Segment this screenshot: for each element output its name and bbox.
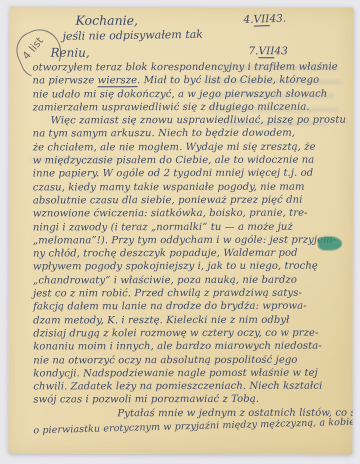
date-day: 4. [243, 14, 253, 26]
bleed-through-mark [201, 79, 341, 84]
bleed-through-mark [219, 121, 329, 126]
date-year: 43. [269, 13, 286, 26]
letter-line: czasu, kiedy mamy takie wspaniałe pogody… [33, 180, 351, 194]
date-month: VII [258, 45, 274, 58]
letter-line: fakcją dałem mu lanie na drodze do brydż… [33, 300, 351, 314]
date-month: VII [253, 13, 269, 27]
letter-line: nie na otworzyć oczy na absolutną pospol… [33, 353, 351, 367]
bleed-through-mark [49, 337, 144, 342]
opening-line: jeśli nie odpisywałem tak [62, 28, 203, 43]
bleed-through-mark [207, 107, 339, 112]
letter-line: że chciałem, ale nie mogłem. Wydaje mi s… [33, 140, 351, 154]
salutation-second: Reniu, [50, 46, 89, 60]
bleed-through-mark [214, 93, 334, 98]
letter-line: wznowione ćwiczenia: siatkówka, boisko, … [33, 207, 351, 221]
bleed-through-mark [209, 65, 337, 70]
letter-line: ningi i zawody (i teraz „normalki” tu — … [33, 220, 351, 234]
letter-line: jest co z nim robić. Przed chwilą z praw… [33, 287, 351, 301]
bleed-through-mark [29, 157, 119, 162]
date-second: 7.VII43 [248, 45, 287, 57]
letter-body: otworzyłem teraz blok korespondencyjny i… [32, 61, 351, 434]
date-first: 4.VII43. [243, 13, 286, 26]
ink-stain [318, 236, 342, 250]
letter-line: kondycji. Nadspodziewanie nagle pomost w… [33, 366, 351, 380]
letter-line: absolutnie czasu dla siebie, ponieważ pr… [33, 194, 351, 208]
letter-line: na tym samym arkuszu. Niech to będzie do… [33, 127, 351, 141]
salutation: Kochanie, [76, 13, 138, 28]
letter-line: chwili. Zadatek leży na pomieszczeniach.… [33, 380, 351, 394]
date-day: 7. [248, 45, 258, 57]
letter-paper: 4 list Kochanie, jeśli nie odpisywałem t… [8, 7, 353, 455]
letter-line: dzam metody, K. i resztę. Kielecki nie z… [33, 313, 351, 327]
letter-line: swój czas i pozwoli mi porozmawiać z Tob… [33, 393, 351, 407]
letter-line: „chandrowaty” i właściwie, poza nauką, n… [33, 273, 351, 287]
letter-line: „melomana”!). Przy tym oddycham i w ogól… [33, 233, 351, 247]
date-year: 43 [274, 45, 287, 57]
letter-line: inne papiery. W ogóle od 2 tygodni mniej… [33, 167, 351, 181]
underlined-word: wiersze [98, 75, 138, 87]
letter-line: konaniu moim i innych, ale bardzo miarow… [33, 340, 351, 354]
letter-line: wpływem pogody spokojniejszy i, jak to u… [33, 260, 351, 274]
bleed-through-mark [39, 257, 149, 262]
